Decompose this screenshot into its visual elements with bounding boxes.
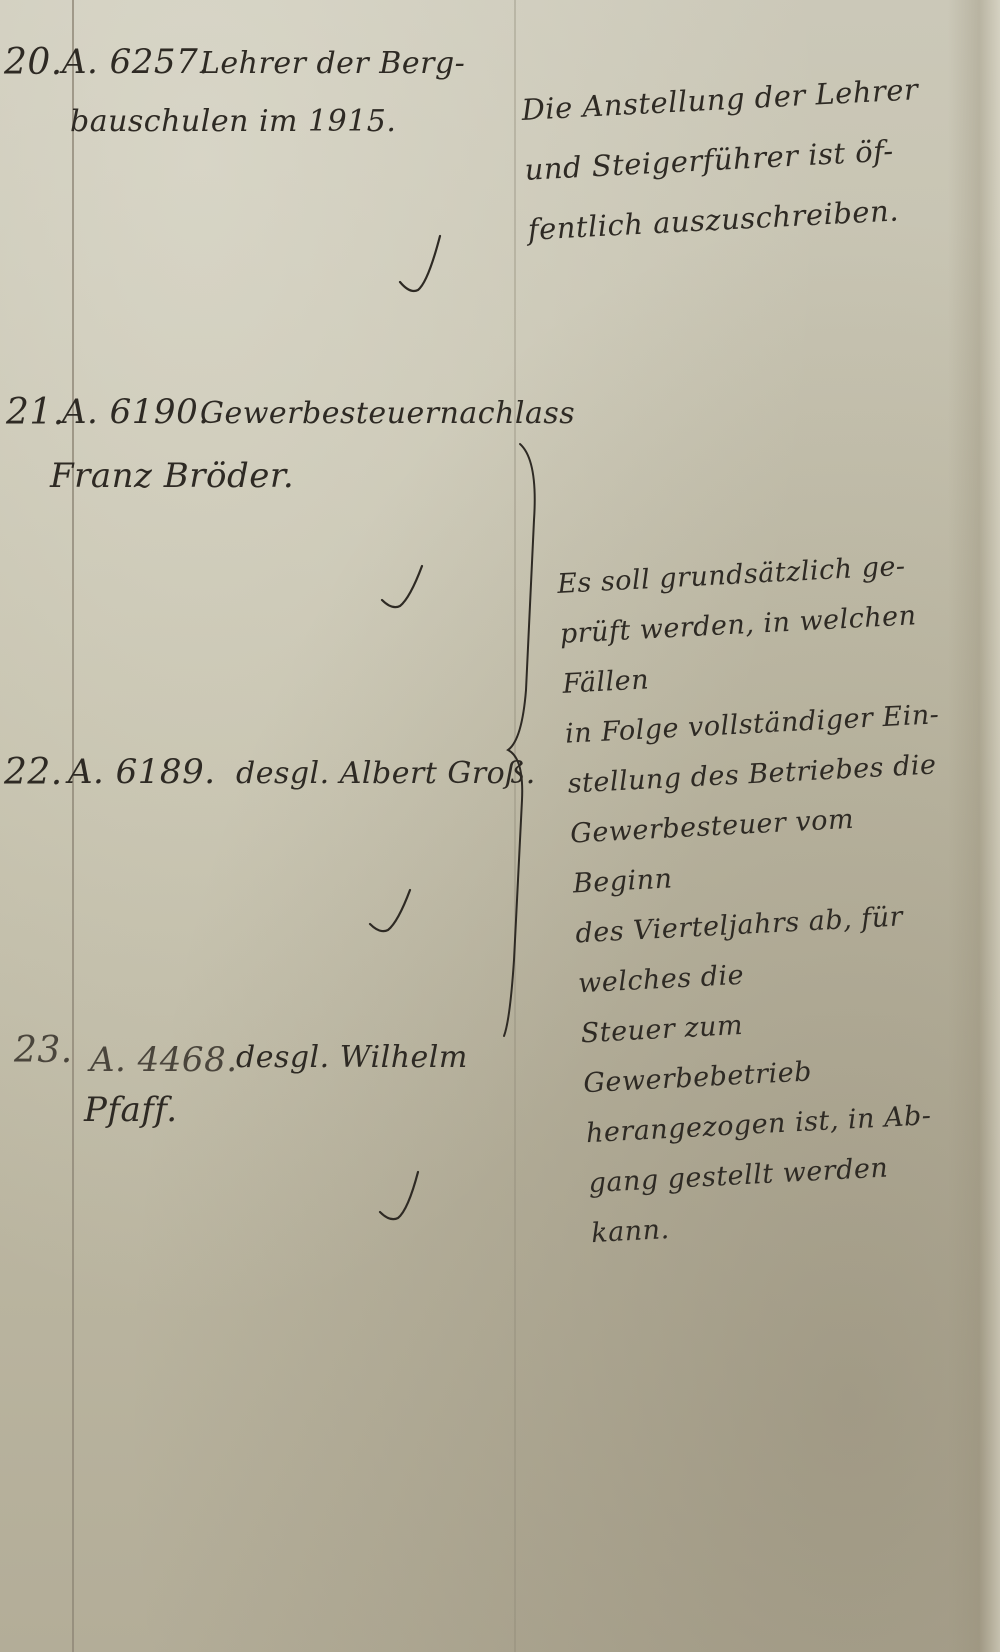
entry-number: 23. (14, 1030, 73, 1071)
entry-reference: A. 6189. (68, 752, 216, 792)
entry-subject-line2: bauschulen im 1915. (70, 104, 396, 139)
margin-rule-left (72, 0, 74, 1652)
remark-entries-21-23: Es soll grundsätzlich ge- prüft werden, … (556, 540, 982, 1259)
checkmark-icon (376, 1168, 426, 1228)
entry-number: 22. (4, 752, 63, 793)
entry-subject-line1: desgl. Wilhelm (236, 1040, 468, 1075)
entry-subject-line2: Franz Bröder. (50, 456, 294, 496)
entry-reference: A. 4468. (90, 1040, 238, 1080)
entry-subject-line1: desgl. Albert Groß. (236, 756, 536, 791)
checkmark-icon (396, 232, 446, 302)
entry-number: 20. (4, 42, 63, 83)
brace-grouping-icon (500, 440, 550, 1040)
entry-subject-line1: Lehrer der Berg- (200, 46, 465, 81)
entry-subject-line2: Pfaff. (84, 1090, 178, 1130)
entry-reference: A. 6190. (62, 392, 210, 432)
checkmark-icon (366, 886, 416, 956)
entry-number: 21. (6, 392, 65, 433)
entry-reference: A. 6257. (62, 42, 210, 82)
checkmark-icon (378, 562, 428, 632)
entry-subject-line1: Gewerbesteuernachlass (200, 396, 575, 431)
ledger-page: 20. A. 6257. Lehrer der Berg- bauschulen… (0, 0, 1000, 1652)
remark-entry-20: Die Anstellung der Lehrer und Steigerfüh… (520, 58, 949, 260)
